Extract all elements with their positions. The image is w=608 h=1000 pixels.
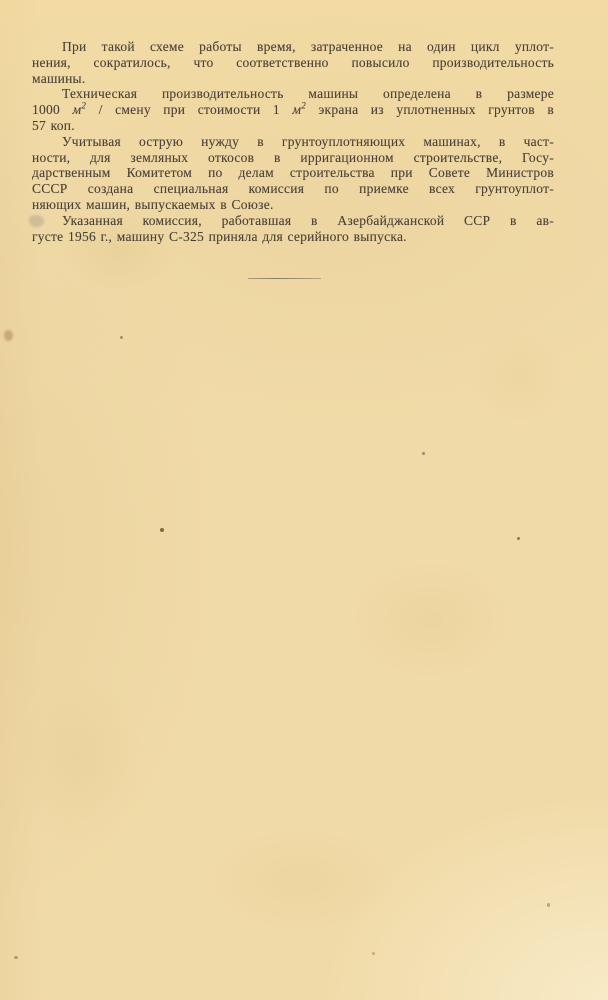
text-segment: Учитывая острую нужду в грунтоуплотняющи… xyxy=(62,134,554,149)
text-line: няющих машин, выпускаемых в Союзе. xyxy=(32,197,554,213)
text-segment: 1000 xyxy=(32,102,72,117)
text-line: дарственным Комитетом по делам строитель… xyxy=(32,165,554,181)
text-line: СССР создана специальная комиссия по при… xyxy=(32,181,554,197)
paragraph: Техническая производительность машины оп… xyxy=(32,86,554,133)
text-line: машины. xyxy=(32,71,554,87)
text-segment: СССР создана специальная комиссия по при… xyxy=(32,181,554,196)
scanned-book-page: При такой схеме работы время, затраченно… xyxy=(0,0,608,1000)
paper-speck xyxy=(547,903,550,907)
text-segment: ности, для земляных откосов в ирригацион… xyxy=(32,150,554,165)
paper-speck xyxy=(14,956,18,959)
paper-speck xyxy=(422,452,425,455)
foxing-spot xyxy=(4,330,13,341)
text-line: При такой схеме работы время, затраченно… xyxy=(32,39,554,55)
text-segment: Техническая производительность машины оп… xyxy=(62,86,554,101)
paragraph: Учитывая острую нужду в грунтоуплотняющи… xyxy=(32,134,554,213)
paper-speck xyxy=(517,537,520,540)
text-segment: При такой схеме работы время, затраченно… xyxy=(62,39,554,54)
text-line: Техническая производительность машины оп… xyxy=(32,86,554,102)
text-segment: Указанная комиссия, работавшая в Азербай… xyxy=(62,213,554,228)
paragraph: Указанная комиссия, работавшая в Азербай… xyxy=(32,213,554,245)
ink-smudge xyxy=(29,215,44,227)
text-line: густе 1956 г., машину С-325 приняла для … xyxy=(32,229,554,245)
text-line: Указанная комиссия, работавшая в Азербай… xyxy=(32,213,554,229)
text-segment: нения, сократилось, что соответственно п… xyxy=(32,55,554,70)
text-segment: / смену при стоимости 1 xyxy=(86,102,292,117)
text-segment: экрана из уплотненных грунтов в xyxy=(306,102,554,117)
text-line: ности, для земляных откосов в ирригацион… xyxy=(32,150,554,166)
section-divider-rule xyxy=(248,278,321,279)
paper-speck xyxy=(372,952,375,955)
italic-text: м xyxy=(292,102,301,117)
text-segment: 57 коп. xyxy=(32,118,75,133)
paper-speck xyxy=(120,336,123,339)
text-line: 1000 м2 / смену при стоимости 1 м2 экран… xyxy=(32,102,554,118)
text-segment: няющих машин, выпускаемых в Союзе. xyxy=(32,197,274,212)
text-segment: густе 1956 г., машину С-325 приняла для … xyxy=(32,229,407,244)
text-segment: дарственным Комитетом по делам строитель… xyxy=(32,165,554,180)
text-line: Учитывая острую нужду в грунтоуплотняющи… xyxy=(32,134,554,150)
text-line: 57 коп. xyxy=(32,118,554,134)
text-block: При такой схеме работы время, затраченно… xyxy=(32,39,554,244)
text-line: нения, сократилось, что соответственно п… xyxy=(32,55,554,71)
paragraph: При такой схеме работы время, затраченно… xyxy=(32,39,554,86)
text-segment: машины. xyxy=(32,71,85,86)
paper-speck xyxy=(160,528,164,532)
